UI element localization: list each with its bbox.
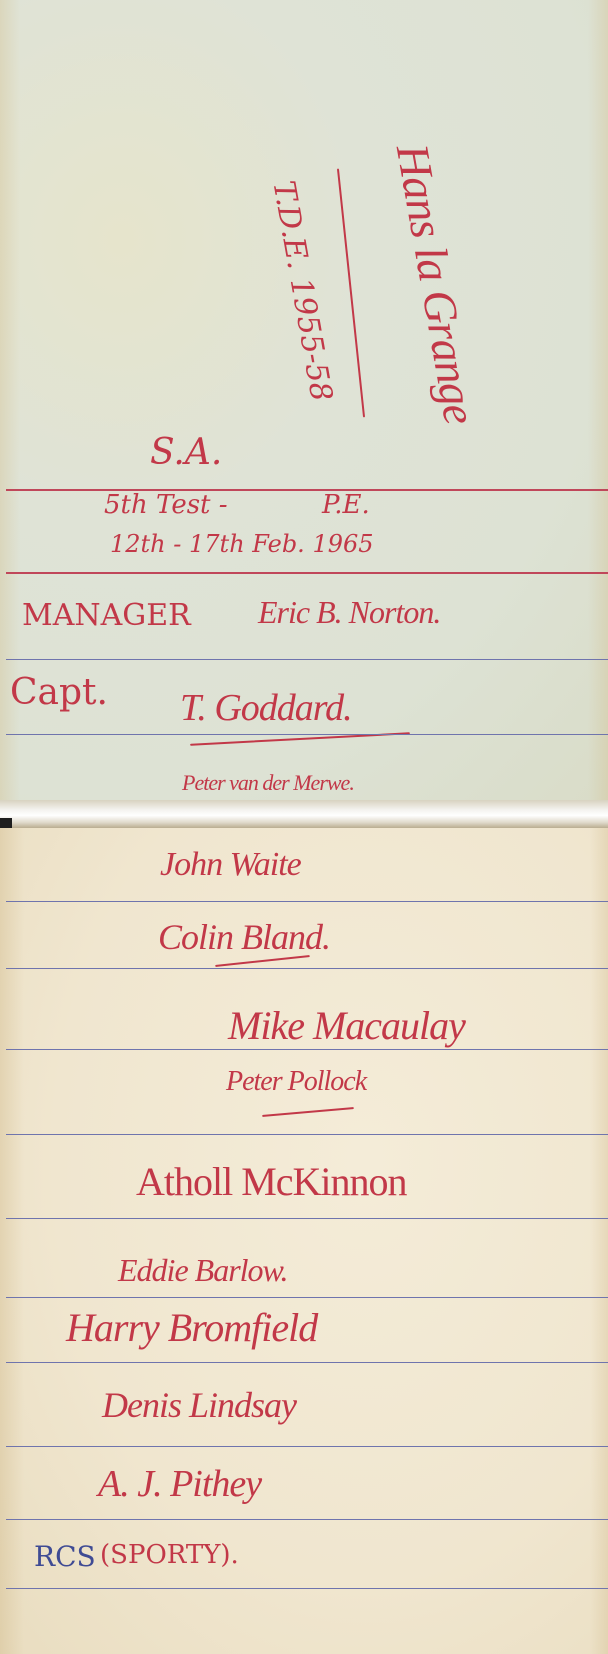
blue-rule-b5	[6, 1218, 608, 1219]
signature-peter-pollock: Peter Pollock	[226, 1066, 366, 1098]
signature-atholl-mckinnon: Atholl McKinnon	[136, 1158, 407, 1205]
pollock-underline	[262, 1107, 354, 1117]
signature-denis-lindsay: Denis Lindsay	[102, 1384, 296, 1426]
signature-eddie-barlow: Eddie Barlow.	[118, 1252, 288, 1289]
footer-note: (SPORTY).	[100, 1540, 239, 1570]
rotated-note: T.D.E. 1955-58	[266, 178, 339, 404]
book-binding-gutter	[0, 800, 608, 828]
rotated-signature-underline	[337, 169, 365, 418]
bottom-autograph-page: John Waite Colin Bland. Mike Macaulay Pe…	[0, 828, 608, 1654]
signature-mike-macaulay: Mike Macaulay	[228, 1002, 465, 1049]
signature-john-waite: John Waite	[160, 846, 301, 884]
blue-rule-b6	[6, 1297, 608, 1298]
role-captain: Capt.	[10, 672, 108, 713]
signature-colin-bland: Colin Bland.	[158, 916, 330, 958]
blue-rule-b10	[6, 1588, 608, 1589]
blue-rule-b7	[6, 1362, 608, 1363]
header-dates: 12th - 17th Feb. 1965	[110, 530, 374, 558]
signature-3: Peter van der Merwe.	[182, 770, 354, 796]
blue-rule-b3	[6, 1049, 608, 1050]
blue-rule-1	[6, 659, 608, 660]
blue-rule-b9	[6, 1519, 608, 1520]
red-rule-2	[6, 572, 608, 574]
blue-rule-b2	[6, 968, 608, 969]
footer-prefix: RCS	[34, 1540, 96, 1573]
signature-manager: Eric B. Norton.	[258, 594, 440, 631]
header-venue: P.E.	[322, 490, 370, 520]
red-rule-1	[6, 489, 608, 491]
blue-rule-b4	[6, 1134, 608, 1135]
signature-harry-bromfield: Harry Bromfield	[66, 1304, 317, 1351]
top-autograph-page: Hans la Grange T.D.E. 1955-58 S.A. 5th T…	[0, 0, 608, 800]
blue-rule-2	[6, 734, 608, 735]
header-match: 5th Test -	[104, 490, 228, 520]
rotated-signature: Hans la Grange	[386, 140, 487, 427]
blue-rule-b1	[6, 901, 608, 902]
signature-aj-pithey: A. J. Pithey	[98, 1462, 261, 1506]
blue-rule-b8	[6, 1446, 608, 1447]
role-manager: MANAGER	[22, 598, 191, 633]
signature-captain: T. Goddard.	[180, 686, 352, 730]
header-team: S.A.	[150, 432, 222, 473]
